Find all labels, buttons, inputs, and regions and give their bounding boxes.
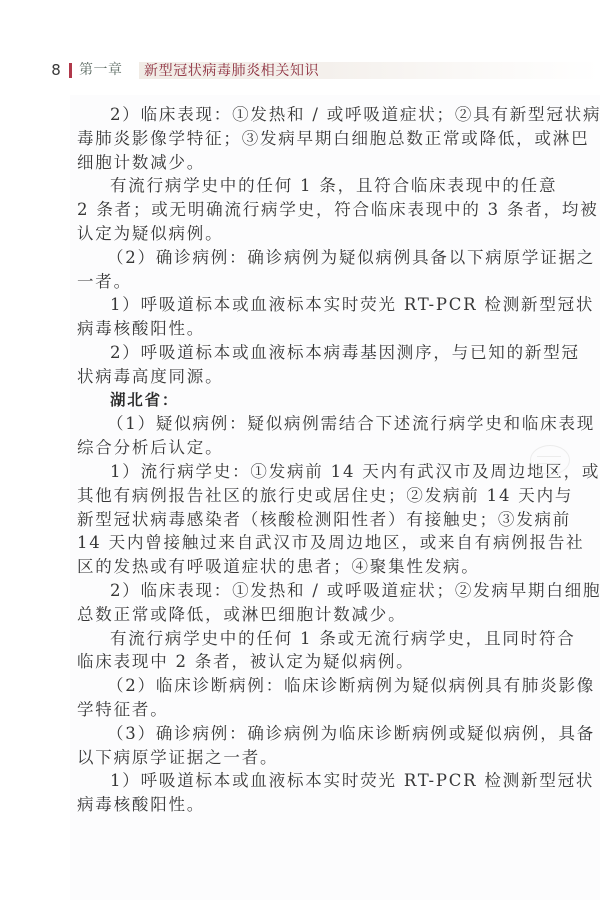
text-line: 有流行病学史中的任何 1 条，且符合临床表现中的任意 [77, 174, 517, 198]
section-heading-hubei: 湖北省： [77, 389, 517, 413]
text-line: 细胞计数减少。 [77, 151, 517, 175]
text-line: 病毒核酸阳性。 [77, 317, 517, 341]
text-line: 2）临床表现：①发热和 / 或呼吸道症状；②发病早期白细胞 [77, 579, 517, 603]
text-line: 14 天内曾接触过来自武汉市及周边地区，或来自有病例报告社 [77, 531, 517, 555]
chapter-title-band: 新型冠状病毒肺炎相关知识 [139, 62, 600, 79]
text-line: 区的发热或有呼吸道症状的患者；④聚集性发病。 [77, 555, 517, 579]
text-line: 状病毒高度同源。 [77, 365, 517, 389]
text-line: 1）呼吸道标本或血液标本实时荧光 RT-PCR 检测新型冠状 [77, 769, 517, 793]
text-line: 病毒核酸阳性。 [77, 793, 517, 817]
text-line: 1）流行病学史：①发病前 14 天内有武汉市及周边地区，或 [77, 460, 517, 484]
text-line: （2）确诊病例：确诊病例为疑似病例具备以下病原学证据之 [77, 246, 517, 270]
page-number: 8 [50, 59, 62, 81]
text-line: 综合分析后认定。 [77, 436, 517, 460]
publisher-logo-icon [530, 445, 570, 475]
text-line: （1）疑似病例：疑似病例需结合下述流行病学史和临床表现 [77, 412, 517, 436]
header-divider-bar [69, 63, 72, 78]
text-line: 新型冠状病毒感染者（核酸检测阳性者）有接触史；③发病前 [77, 508, 517, 532]
text-line: 认定为疑似病例。 [77, 222, 517, 246]
text-line: （3）确诊病例：确诊病例为临床诊断病例或疑似病例，具备 [77, 722, 517, 746]
text-line: 2 条者；或无明确流行病学史，符合临床表现中的 3 条者，均被 [77, 198, 517, 222]
text-line: 2）临床表现：①发热和 / 或呼吸道症状；②具有新型冠状病 [77, 103, 517, 127]
text-line: 有流行病学史中的任何 1 条或无流行病学史，且同时符合 [77, 627, 517, 651]
text-line: 学特征者。 [77, 698, 517, 722]
text-line: 以下病原学证据之一者。 [77, 746, 517, 770]
chapter-title: 新型冠状病毒肺炎相关知识 [144, 60, 319, 80]
text-line: （2）临床诊断病例：临床诊断病例为疑似病例具有肺炎影像 [77, 674, 517, 698]
text-line: 毒肺炎影像学特征；③发病早期白细胞总数正常或降低，或淋巴 [77, 127, 517, 151]
body-text: 2）临床表现：①发热和 / 或呼吸道症状；②具有新型冠状病 毒肺炎影像学特征；③… [77, 103, 517, 817]
text-line: 2）呼吸道标本或血液标本病毒基因测序，与已知的新型冠 [77, 341, 517, 365]
text-line: 总数正常或降低，或淋巴细胞计数减少。 [77, 603, 517, 627]
text-line: 其他有病例报告社区的旅行史或居住史；②发病前 14 天内与 [77, 484, 517, 508]
text-line: 一者。 [77, 270, 517, 294]
chapter-label: 第一章 [79, 59, 139, 81]
running-header: 8 第一章 新型冠状病毒肺炎相关知识 [50, 59, 600, 81]
text-line: 临床表现中 2 条者，被认定为疑似病例。 [77, 650, 517, 674]
text-line: 1）呼吸道标本或血液标本实时荧光 RT-PCR 检测新型冠状 [77, 293, 517, 317]
